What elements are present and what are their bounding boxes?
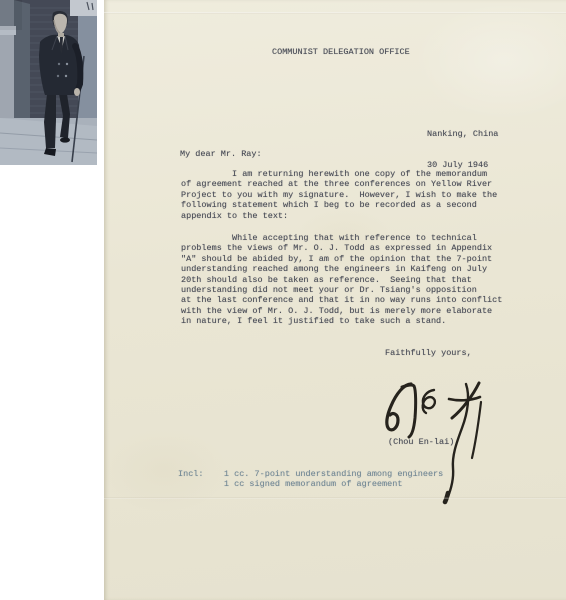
enclosures-block: Incl: 1 cc. 7-point understanding among …	[178, 469, 443, 490]
letter-paper: COMMUNIST DELEGATION OFFICE Nanking, Chi…	[104, 0, 566, 600]
paragraph-1: I am returning herewith one copy of the …	[181, 169, 497, 221]
salutation: My dear Mr. Ray:	[180, 149, 262, 159]
scanned-letter-page: COMMUNIST DELEGATION OFFICE Nanking, Chi…	[0, 0, 566, 600]
photo-illustration	[0, 0, 97, 165]
letterhead-office: COMMUNIST DELEGATION OFFICE	[272, 47, 410, 57]
closing-line: Faithfully yours,	[385, 348, 472, 358]
signature-typed-name: (Chou En-lai)	[388, 437, 454, 447]
place-line: Nanking, China	[427, 129, 498, 139]
paper-fold-line-top	[104, 12, 566, 14]
paragraph-2: While accepting that with reference to t…	[181, 233, 502, 327]
photo-chou-en-lai	[0, 0, 97, 165]
